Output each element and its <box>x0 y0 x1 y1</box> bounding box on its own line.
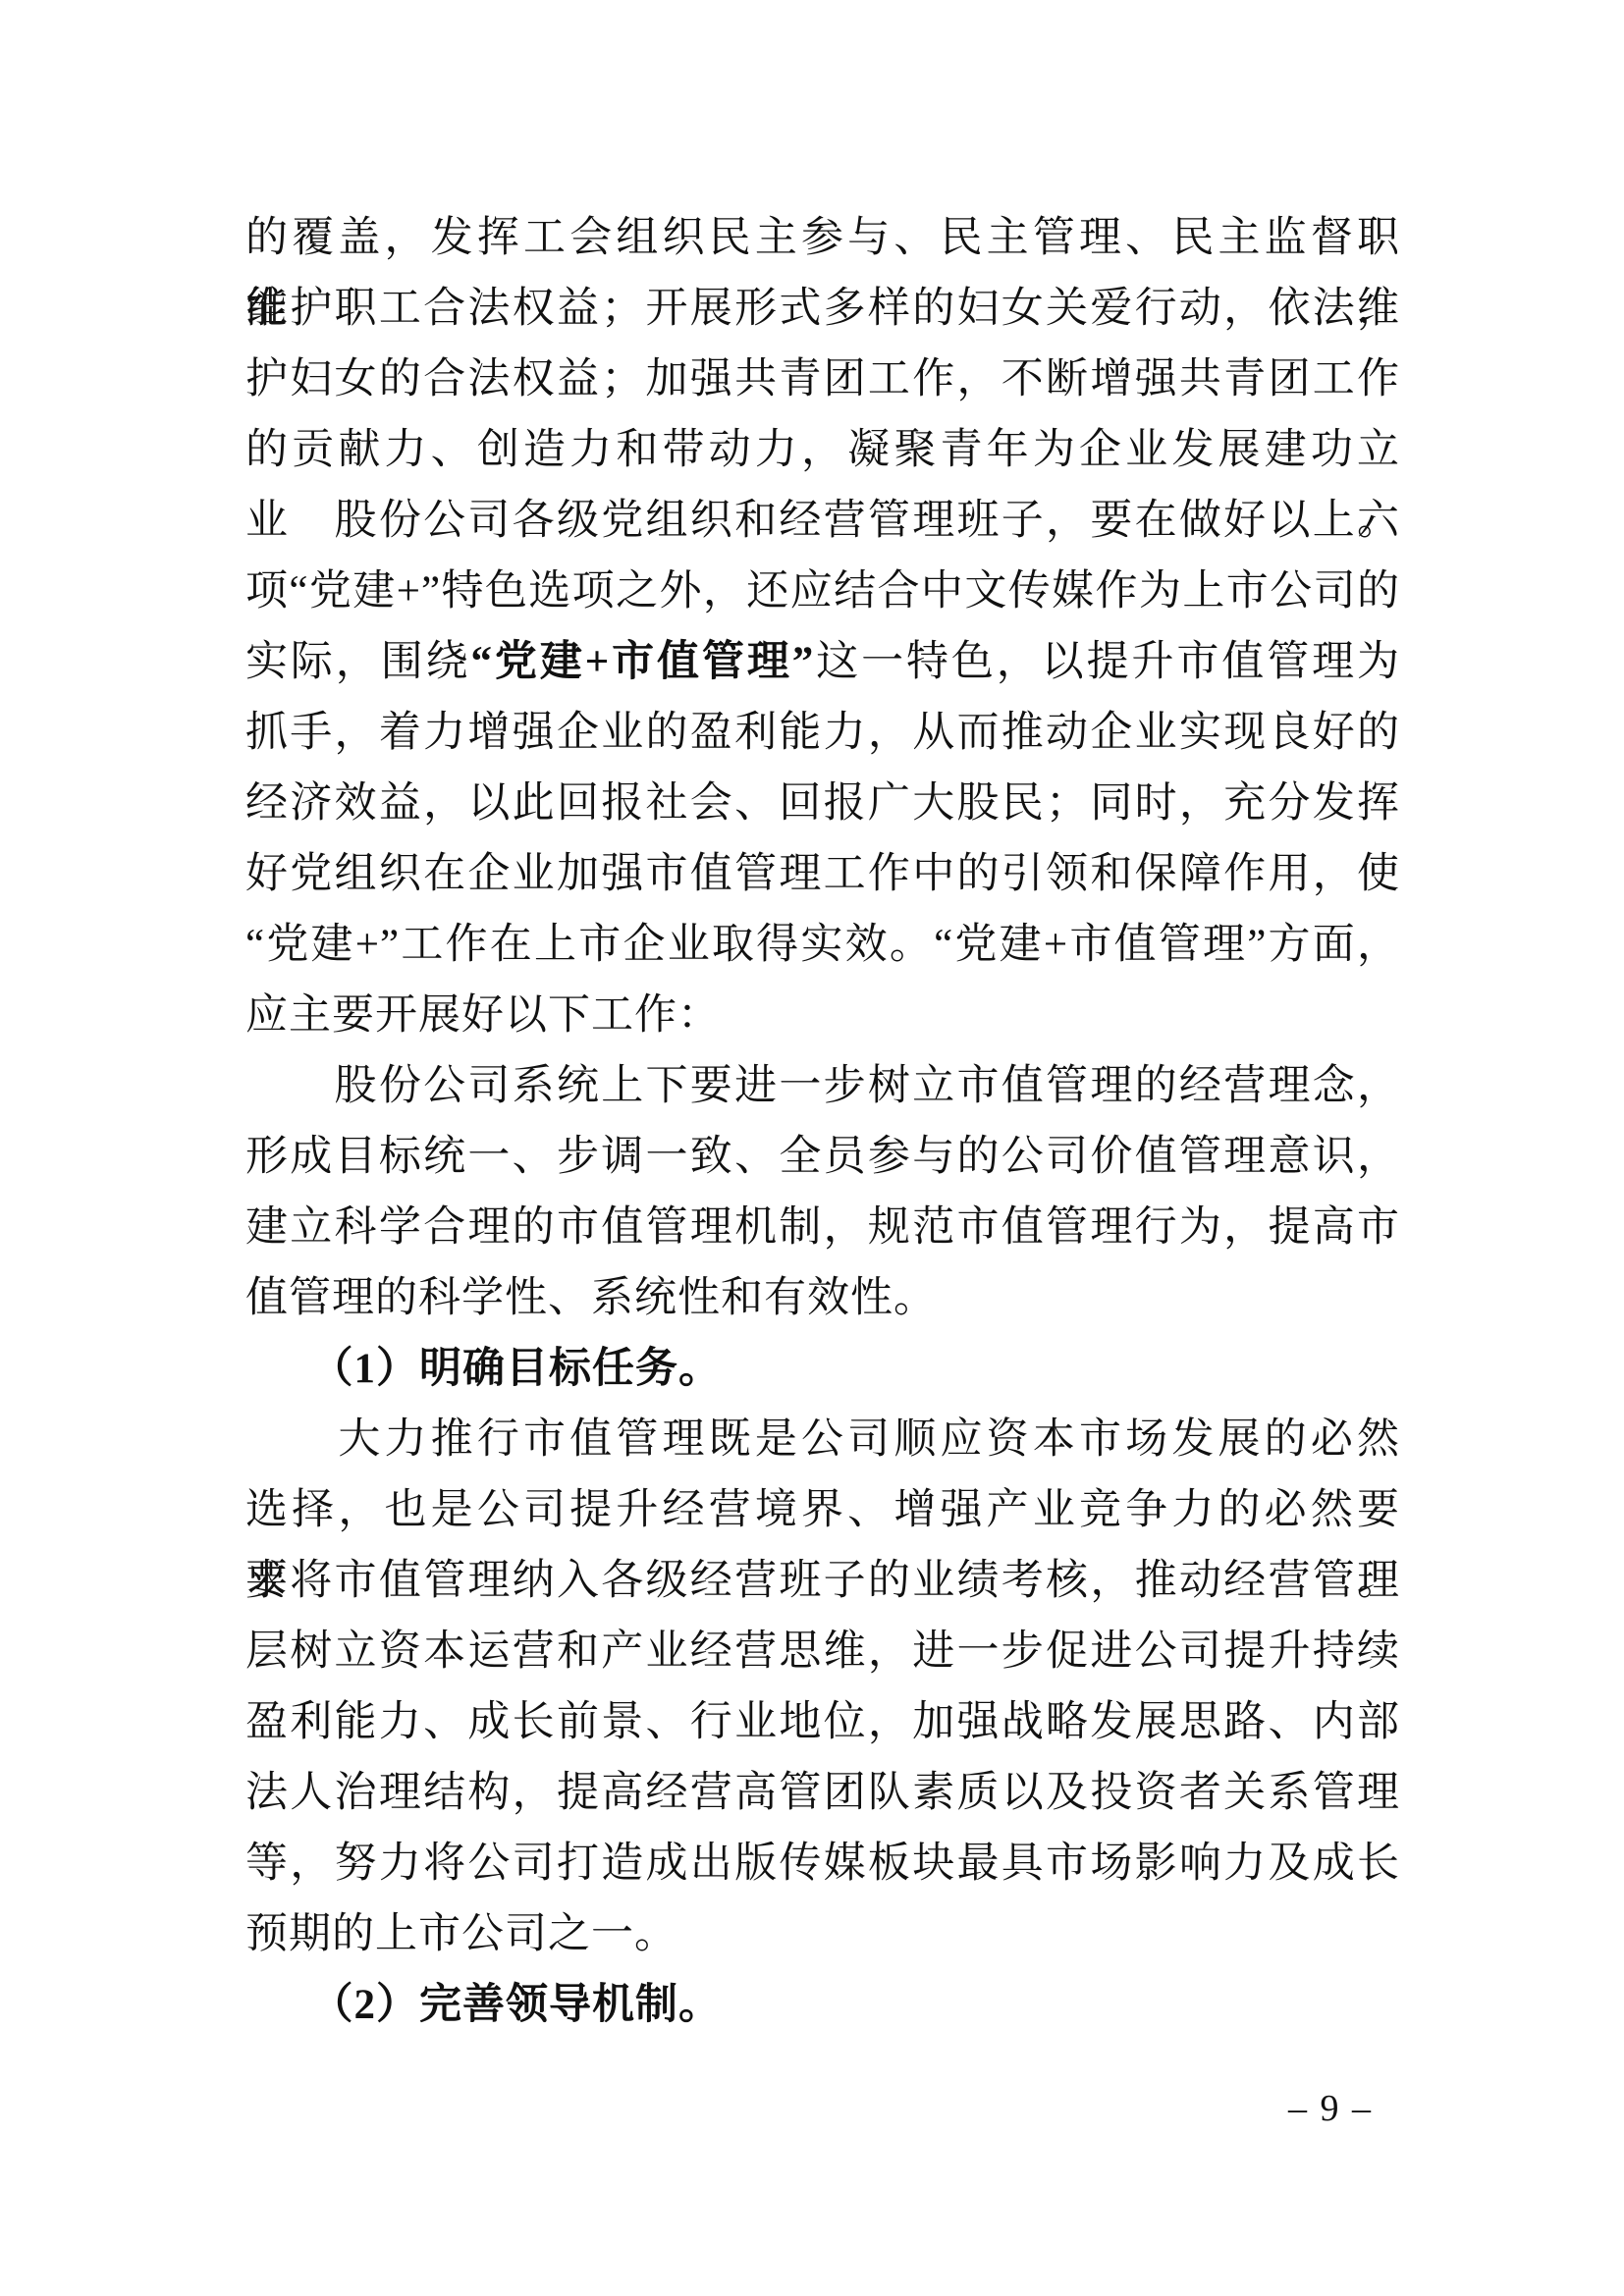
text-line: 项“党建+”特色选项之外，还应结合中文传媒作为上市公司的 <box>245 557 1400 627</box>
text-line: 维护职工合法权益；开展形式多样的妇女关爱行动，依法维 <box>245 274 1400 345</box>
text-line: 实际，围绕“党建+市值管理”这一特色，以提升市值管理为 <box>245 627 1400 698</box>
page-number-label: – 9 – <box>1288 2088 1373 2129</box>
text-line: 抓手，着力增强企业的盈利能力，从而推动企业实现良好的 <box>245 698 1400 769</box>
text-line: 值管理的科学性、系统性和有效性。 <box>245 1263 1400 1334</box>
text-line: 的覆盖，发挥工会组织民主参与、民主管理、民主监督职能， <box>245 203 1400 274</box>
text-line: 股份公司系统上下要进一步树立市值管理的经营理念， <box>245 1051 1400 1122</box>
text-segment: 这一特色，以提升市值管理为 <box>814 639 1400 685</box>
text-line: 应主要开展好以下工作： <box>245 981 1400 1051</box>
text-line: 大力推行市值管理既是公司顺应资本市场发展的必然 <box>245 1405 1400 1475</box>
document-body: 的覆盖，发挥工会组织民主参与、民主管理、民主监督职能，维护职工合法权益；开展形式… <box>245 203 1400 2041</box>
text-line: 法人治理结构，提高经营高管团队素质以及投资者关系管理 <box>245 1758 1400 1829</box>
text-line: 要将市值管理纳入各级经营班子的业绩考核，推动经营管理 <box>245 1546 1400 1617</box>
text-line: 预期的上市公司之一。 <box>245 1899 1400 1970</box>
text-segment: “党建+市值管理” <box>471 639 815 685</box>
text-line: 建立科学合理的市值管理机制，规范市值管理行为，提高市 <box>245 1193 1400 1263</box>
text-segment: 实际，围绕 <box>245 639 471 685</box>
text-line: 等，努力将公司打造成出版传媒板块最具市场影响力及成长 <box>245 1829 1400 1899</box>
text-line: 经济效益，以此回报社会、回报广大股民；同时，充分发挥 <box>245 769 1400 839</box>
text-line: 股份公司各级党组织和经营管理班子，要在做好以上六 <box>245 486 1400 557</box>
text-line: （2）完善领导机制。 <box>245 1970 1400 2041</box>
text-line: 选择，也是公司提升经营境界、增强产业竞争力的必然要求。 <box>245 1475 1400 1546</box>
page-number: – 9 – <box>1257 2085 1404 2132</box>
text-line: 形成目标统一、步调一致、全员参与的公司价值管理意识， <box>245 1122 1400 1193</box>
text-line: 的贡献力、创造力和带动力，凝聚青年为企业发展建功立业。 <box>245 415 1400 486</box>
text-line: 好党组织在企业加强市值管理工作中的引领和保障作用，使 <box>245 839 1400 910</box>
text-line: 盈利能力、成长前景、行业地位，加强战略发展思路、内部 <box>245 1687 1400 1758</box>
text-line: “党建+”工作在上市企业取得实效。“党建+市值管理”方面， <box>245 910 1400 981</box>
text-line: 护妇女的合法权益；加强共青团工作，不断增强共青团工作 <box>245 345 1400 415</box>
text-line: （1）明确目标任务。 <box>245 1334 1400 1405</box>
text-line: 层树立资本运营和产业经营思维，进一步促进公司提升持续 <box>245 1617 1400 1687</box>
